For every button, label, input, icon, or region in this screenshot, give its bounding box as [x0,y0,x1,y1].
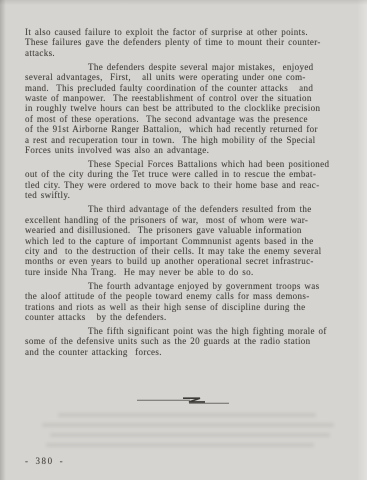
paragraph-2-first-second-advantage: The defenders despite several major mist… [25,62,355,156]
scan-edge-left [0,0,6,480]
paragraph-6-fifth-point: The fifth significant point was the high… [25,326,355,357]
page-number: - 380 - [25,456,64,466]
page-body-text: It also caused failure to exploit the fa… [25,27,355,361]
bleed-line [58,413,316,417]
paragraph-3-special-forces: These Special Forces Battalions which ha… [25,159,355,201]
bleed-line [50,433,330,437]
scan-edge-top [0,0,367,5]
paragraph-4-third-advantage: The third advantage of the defenders res… [25,204,355,277]
bleed-line [42,423,334,427]
paragraph-1-counterattacks: It also caused failure to exploit the fa… [25,27,355,58]
page-bleed-through [30,408,350,456]
bleed-line [46,443,314,447]
paragraph-5-fourth-advantage: The fourth advantage enjoyed by governme… [25,281,355,323]
scanned-document-page: It also caused failure to exploit the fa… [0,0,367,480]
scan-edge-right [357,0,367,480]
squiggle-divider-icon [133,394,233,408]
